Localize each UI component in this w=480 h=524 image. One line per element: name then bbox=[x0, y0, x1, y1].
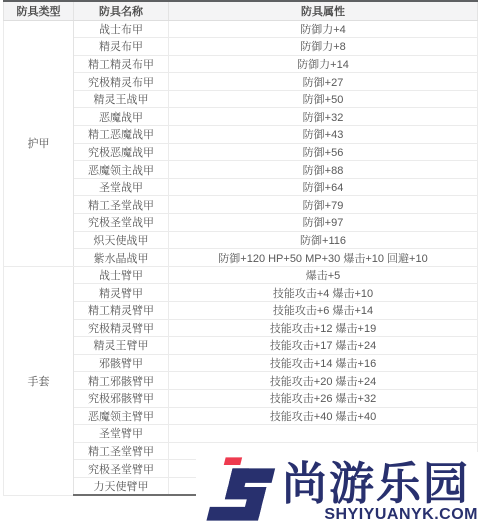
armor-attr-cell: 防御+97 bbox=[169, 214, 478, 232]
armor-name-cell: 精灵臂甲 bbox=[74, 284, 169, 302]
armor-attr-cell: 技能攻击+26 爆击+32 bbox=[169, 389, 478, 407]
armor-attr-cell: 防御+50 bbox=[169, 90, 478, 108]
armor-name-cell: 究极精灵臂甲 bbox=[74, 319, 169, 337]
table-row: 紫水晶战甲防御+120 HP+50 MP+30 爆击+10 回避+10 bbox=[4, 249, 478, 267]
armor-attr-cell: 防御+27 bbox=[169, 73, 478, 91]
table-row: 炽天使战甲防御+116 bbox=[4, 231, 478, 249]
armor-table-body: 护甲战士布甲防御力+4精灵布甲防御力+8精工精灵布甲防御力+14究极精灵布甲防御… bbox=[4, 20, 478, 495]
table-row: 精工邪骸臂甲技能攻击+20 爆击+24 bbox=[4, 372, 478, 390]
armor-attr-cell: 技能攻击+40 爆击+40 bbox=[169, 407, 478, 425]
armor-attr-cell: 防御+120 HP+50 MP+30 爆击+10 回避+10 bbox=[169, 249, 478, 267]
armor-attr-cell: 技能攻击+6 爆击+14 bbox=[169, 302, 478, 320]
armor-name-cell: 精工圣堂臂甲 bbox=[74, 442, 169, 460]
armor-attr-cell: 防御+116 bbox=[169, 231, 478, 249]
table-row: 精工恶魔战甲防御+43 bbox=[4, 126, 478, 144]
armor-attr-cell: 防御+64 bbox=[169, 178, 478, 196]
table-row: 究极精灵布甲防御+27 bbox=[4, 73, 478, 91]
header-armor-type: 防具类型 bbox=[4, 1, 74, 20]
armor-table: 防具类型 防具名称 防具属性 护甲战士布甲防御力+4精灵布甲防御力+8精工精灵布… bbox=[3, 0, 478, 496]
armor-attr-cell: 技能攻击+12 爆击+19 bbox=[169, 319, 478, 337]
armor-name-cell: 战士臂甲 bbox=[74, 266, 169, 284]
armor-name-cell: 究极圣堂战甲 bbox=[74, 214, 169, 232]
armor-name-cell: 精工邪骸臂甲 bbox=[74, 372, 169, 390]
armor-name-cell: 恶魔领主臂甲 bbox=[74, 407, 169, 425]
armor-attr-cell: 爆击+5 bbox=[169, 266, 478, 284]
watermark-site-name: 尚游乐园 bbox=[282, 460, 470, 508]
armor-name-cell: 圣堂战甲 bbox=[74, 178, 169, 196]
table-row: 精灵王臂甲技能攻击+17 爆击+24 bbox=[4, 337, 478, 355]
table-row: 精灵臂甲技能攻击+4 爆击+10 bbox=[4, 284, 478, 302]
armor-name-cell: 力天使臂甲 bbox=[74, 477, 169, 495]
armor-attr-cell: 技能攻击+4 爆击+10 bbox=[169, 284, 478, 302]
table-row: 圣堂臂甲 bbox=[4, 425, 478, 443]
table-row: 究极圣堂战甲防御+97 bbox=[4, 214, 478, 232]
armor-attr-cell bbox=[169, 425, 478, 443]
armor-name-cell: 究极邪骸臂甲 bbox=[74, 389, 169, 407]
table-row: 圣堂战甲防御+64 bbox=[4, 178, 478, 196]
armor-name-cell: 精工恶魔战甲 bbox=[74, 126, 169, 144]
armor-attr-cell: 防御+43 bbox=[169, 126, 478, 144]
armor-attr-cell: 防御力+14 bbox=[169, 55, 478, 73]
armor-name-cell: 圣堂臂甲 bbox=[74, 425, 169, 443]
armor-name-cell: 精工圣堂战甲 bbox=[74, 196, 169, 214]
armor-name-cell: 恶魔领主战甲 bbox=[74, 161, 169, 179]
table-row: 护甲战士布甲防御力+4 bbox=[4, 20, 478, 38]
table-row: 手套战士臂甲爆击+5 bbox=[4, 266, 478, 284]
table-row: 精工精灵布甲防御力+14 bbox=[4, 55, 478, 73]
armor-attr-cell: 防御+32 bbox=[169, 108, 478, 126]
armor-name-cell: 精灵布甲 bbox=[74, 38, 169, 56]
armor-attr-cell: 防御+56 bbox=[169, 143, 478, 161]
header-armor-attr: 防具属性 bbox=[169, 1, 478, 20]
table-row: 恶魔领主臂甲技能攻击+40 爆击+40 bbox=[4, 407, 478, 425]
table-row: 邪骸臂甲技能攻击+14 爆击+16 bbox=[4, 354, 478, 372]
armor-name-cell: 精灵王臂甲 bbox=[74, 337, 169, 355]
s-logo-icon bbox=[198, 456, 276, 522]
table-row: 恶魔领主战甲防御+88 bbox=[4, 161, 478, 179]
armor-name-cell: 精工精灵布甲 bbox=[74, 55, 169, 73]
table-row: 究极恶魔战甲防御+56 bbox=[4, 143, 478, 161]
armor-attr-cell: 技能攻击+17 爆击+24 bbox=[169, 337, 478, 355]
armor-attr-cell: 技能攻击+20 爆击+24 bbox=[169, 372, 478, 390]
site-watermark: 尚游乐园 SHYIYUANYK.COM bbox=[196, 452, 480, 524]
table-row: 精灵布甲防御力+8 bbox=[4, 38, 478, 56]
armor-name-cell: 究极恶魔战甲 bbox=[74, 143, 169, 161]
armor-category-cell: 手套 bbox=[4, 266, 74, 495]
armor-attr-cell: 防御+88 bbox=[169, 161, 478, 179]
table-row: 精工圣堂战甲防御+79 bbox=[4, 196, 478, 214]
armor-category-cell: 护甲 bbox=[4, 20, 74, 266]
table-row: 精灵王战甲防御+50 bbox=[4, 90, 478, 108]
armor-attr-cell: 防御力+4 bbox=[169, 20, 478, 38]
table-row: 精工精灵臂甲技能攻击+6 爆击+14 bbox=[4, 302, 478, 320]
armor-name-cell: 精灵王战甲 bbox=[74, 90, 169, 108]
armor-name-cell: 炽天使战甲 bbox=[74, 231, 169, 249]
armor-name-cell: 战士布甲 bbox=[74, 20, 169, 38]
armor-attr-cell: 防御力+8 bbox=[169, 38, 478, 56]
armor-name-cell: 究极圣堂臂甲 bbox=[74, 460, 169, 478]
armor-name-cell: 究极精灵布甲 bbox=[74, 73, 169, 91]
table-row: 究极邪骸臂甲技能攻击+26 爆击+32 bbox=[4, 389, 478, 407]
table-row: 恶魔战甲防御+32 bbox=[4, 108, 478, 126]
header-armor-name: 防具名称 bbox=[74, 1, 169, 20]
armor-attr-cell: 防御+79 bbox=[169, 196, 478, 214]
armor-name-cell: 紫水晶战甲 bbox=[74, 249, 169, 267]
armor-name-cell: 精工精灵臂甲 bbox=[74, 302, 169, 320]
armor-name-cell: 恶魔战甲 bbox=[74, 108, 169, 126]
table-row: 究极精灵臂甲技能攻击+12 爆击+19 bbox=[4, 319, 478, 337]
watermark-site-url: SHYIYUANYK.COM bbox=[324, 506, 478, 524]
armor-attr-cell: 技能攻击+14 爆击+16 bbox=[169, 354, 478, 372]
table-header-row: 防具类型 防具名称 防具属性 bbox=[4, 1, 478, 20]
armor-name-cell: 邪骸臂甲 bbox=[74, 354, 169, 372]
